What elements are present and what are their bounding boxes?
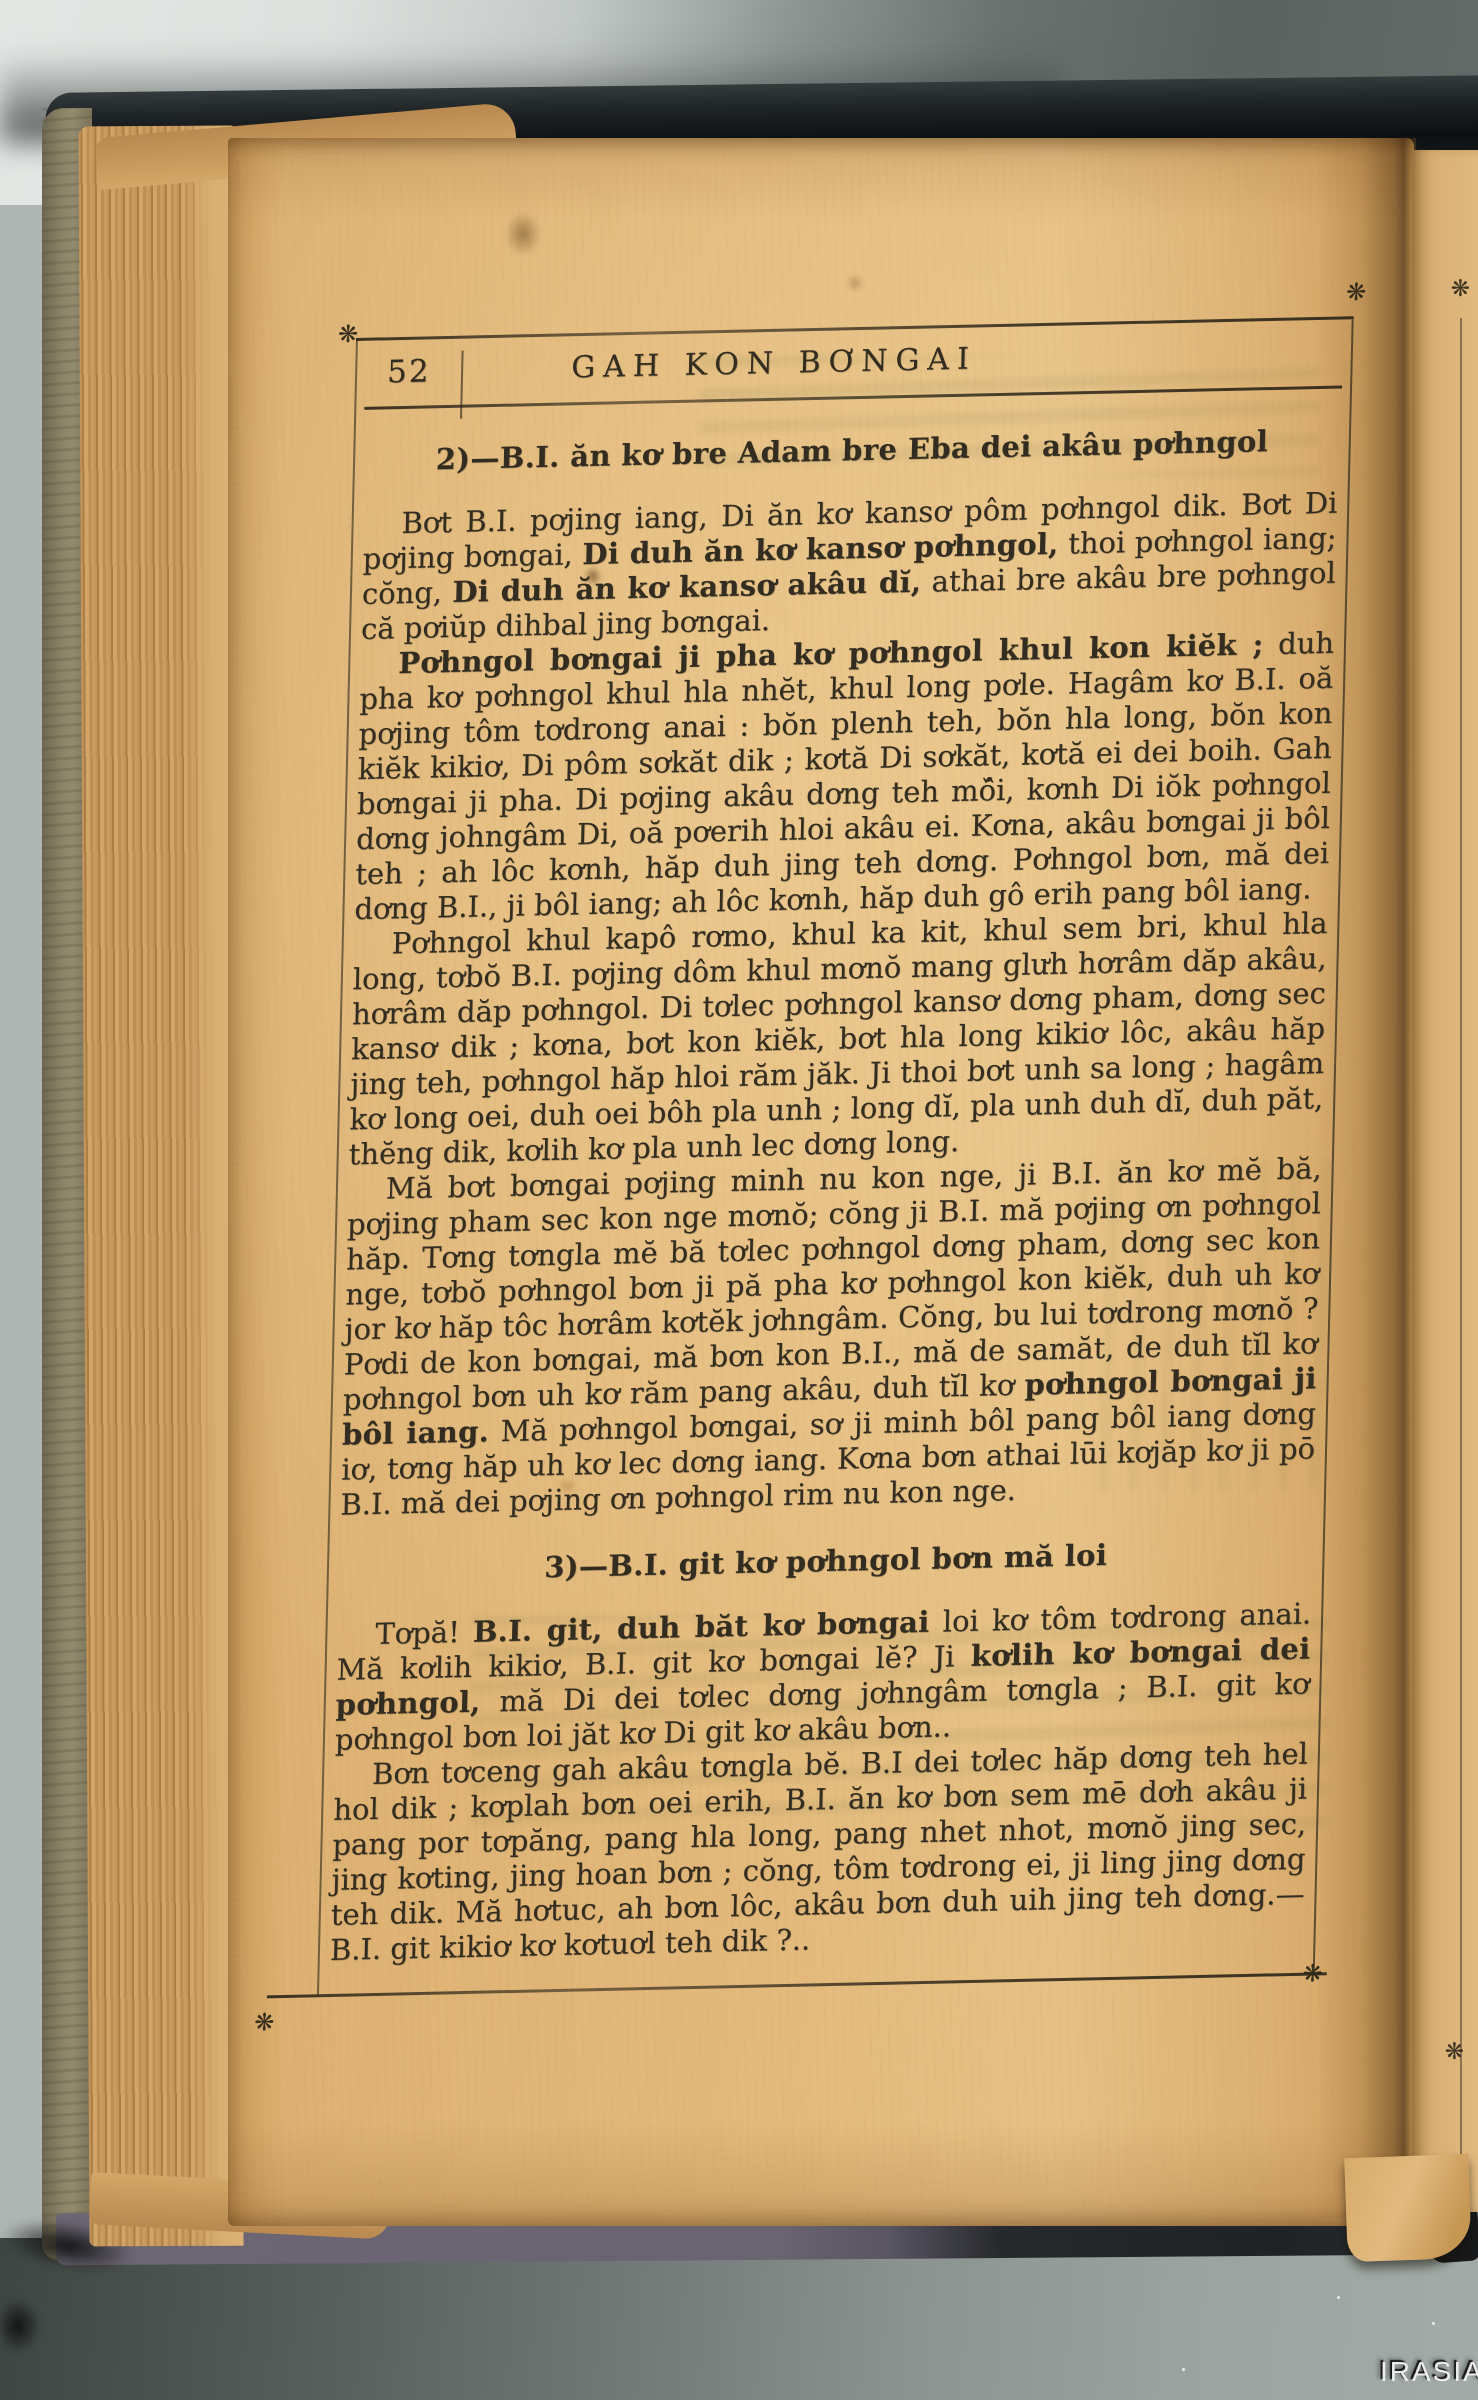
- flower-ornament-icon: ❋: [254, 2010, 275, 2034]
- paragraph: Bơt B.I. pơjing iang, Di ăn kơ kansơ pôm…: [361, 486, 1338, 647]
- paragraph: Bơn tơceng gah akâu tơngla bĕ. B.I dei t…: [330, 1737, 1309, 1968]
- paper-stain: [505, 212, 541, 256]
- text-run: Bơn tơceng gah akâu tơngla bĕ. B.I dei t…: [330, 1737, 1309, 1967]
- section-paragraphs: Tơpă! B.I. git, duh băt kơ bơngai loi kơ…: [330, 1596, 1312, 1968]
- flower-ornament-icon: ❋: [1346, 280, 1367, 304]
- paragraph: Tơpă! B.I. git, duh băt kơ bơngai loi kơ…: [335, 1596, 1312, 1757]
- section-paragraphs: Bơt B.I. pơjing iang, Di ăn kơ kansơ pôm…: [340, 486, 1338, 1523]
- text-run: Tơpă!: [375, 1615, 473, 1651]
- dust-speck: [1432, 2322, 1435, 2325]
- running-title: GAH KON BƠNGAI: [365, 337, 1184, 390]
- book-scan: ❋ ❋ ❋ ❋ ❋ ❋ 52 GAH KON BƠNGAI 2)—B.I. ăn…: [0, 0, 1478, 2400]
- section-2: 2)—B.I. ăn kơ bre Adam bre Eba dei akâu …: [340, 423, 1339, 1523]
- paper-stain: [846, 274, 864, 292]
- page-corner-curl: [1344, 2154, 1472, 2262]
- paragraph: Mă bơt bơngai pơjing minh nu kon nge, ji…: [340, 1151, 1322, 1523]
- text-run: Pơhngol khul kapô rơmo, khul ka kit, khu…: [348, 906, 1328, 1171]
- paragraph: Pơhngol bơngai ji pha kơ pơhngol khul ko…: [354, 626, 1334, 927]
- section-heading: 3)—B.I. git kơ pơhngol bơn mă loi: [338, 1533, 1313, 1589]
- facing-page-sliver: ❋ ❋: [1412, 150, 1478, 2212]
- dust-speck: [1182, 2368, 1185, 2371]
- section-heading: 2)—B.I. ăn kơ bre Adam bre Eba dei akâu …: [365, 423, 1340, 479]
- cover-smudge: [0, 2290, 60, 2380]
- page-stack-edges: [78, 126, 243, 2247]
- facing-page-frame-rule: [1460, 318, 1462, 2172]
- page-text-block: ❋ ❋ ❋ ❋ 52 GAH KON BƠNGAI 2)—B.I. ăn kơ …: [317, 316, 1354, 1997]
- flower-ornament-icon: ❋: [1445, 2041, 1464, 2064]
- flower-ornament-icon: ❋: [1451, 278, 1470, 301]
- paragraph: Pơhngol khul kapô rơmo, khul ka kit, khu…: [348, 906, 1328, 1172]
- dust-speck: [1337, 2296, 1340, 2299]
- text-frame-body: 52 GAH KON BƠNGAI 2)—B.I. ăn kơ bre Adam…: [317, 319, 1354, 1994]
- section-3: 3)—B.I. git kơ pơhngol bơn mă loi Tơpă! …: [330, 1533, 1314, 1968]
- irasia-watermark: IRASIA: [1380, 2356, 1478, 2388]
- body-text: 2)—B.I. ăn kơ bre Adam bre Eba dei akâu …: [328, 389, 1342, 1969]
